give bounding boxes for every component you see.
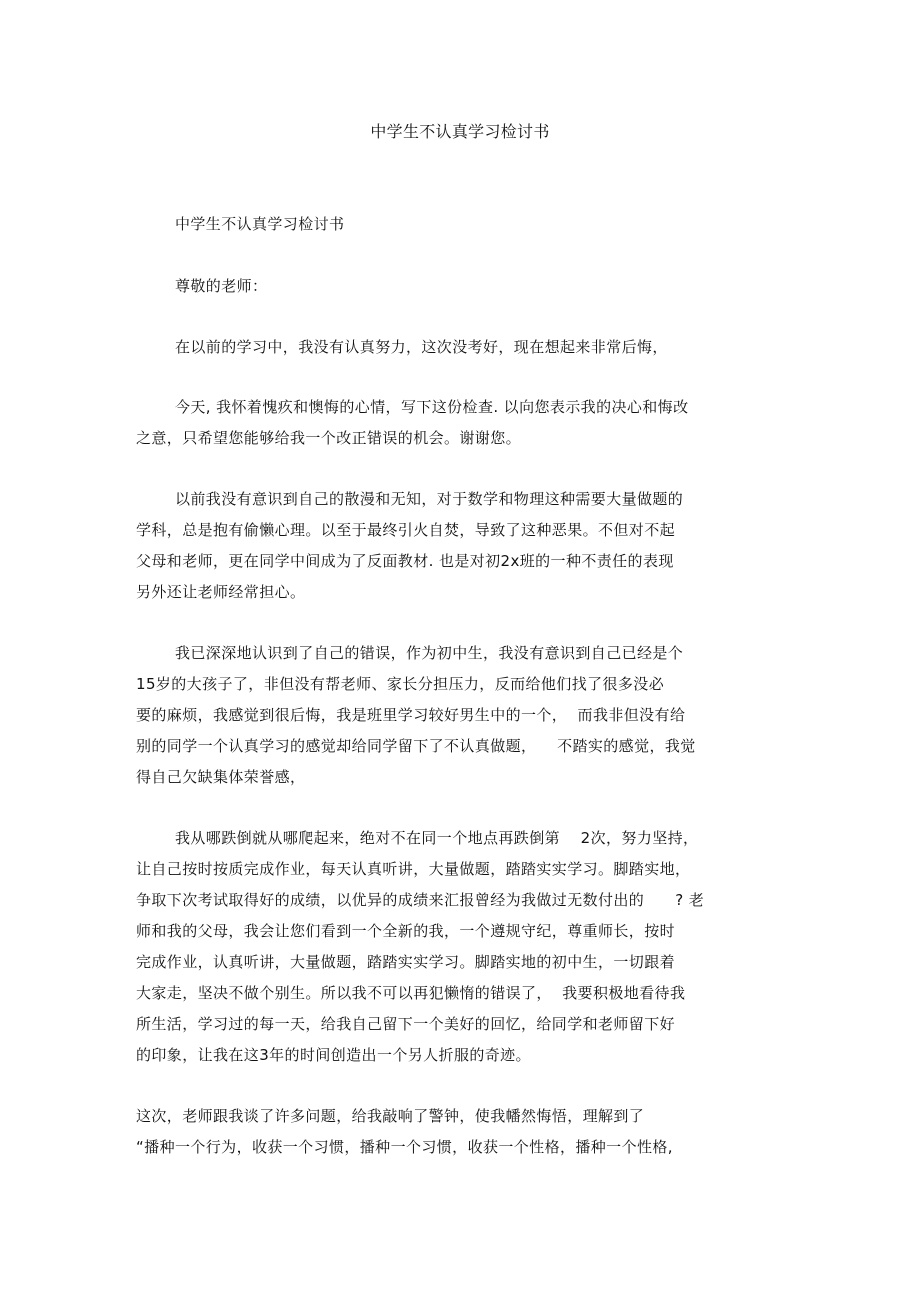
document-page: 中学生不认真学习检讨书 中学生不认真学习检讨书尊敬的老师：在以前的学习中，我没有… [0, 0, 920, 1303]
text-line: 完成作业，认真听讲，大量做题，踏踏实实学习。脚踏实地的初中生，一切跟着 [136, 952, 675, 972]
text-line: 争取下次考试取得好的成绩，以优异的成绩来汇报曾经为我做过无数付出的 ? 老 [136, 890, 704, 910]
text-line: 学科，总是抱有偷懒心理。以至于最终引火自焚，导致了这种恶果。不但对不起 [136, 520, 675, 540]
text-line: 尊敬的老师： [175, 276, 267, 296]
text-line: 以前我没有意识到自己的散漫和无知，对于数学和物理这种需要大量做题的 [175, 489, 683, 509]
text-line: 的印象，让我在这3年的时间创造出一个另人折服的奇迹。 [136, 1045, 531, 1065]
document-title: 中学生不认真学习检讨书 [0, 121, 920, 143]
text-line: 我从哪跌倒就从哪爬起来，绝对不在同一个地点再跌倒第 2次，努力坚持， [175, 828, 698, 848]
text-line: 之意，只希望您能够给我一个改正错误的机会。谢谢您。 [136, 428, 521, 448]
text-line: 得自己欠缺集体荣誉感， [136, 767, 305, 787]
text-line: 别的同学一个认真学习的感觉却给同学留下了不认真做题， 不踏实的感觉，我觉 [136, 736, 696, 756]
text-line: 让自己按时按质完成作业，每天认真听讲，大量做题，踏踏实实学习。脚踏实地， [136, 859, 690, 879]
text-line: 父母和老师，更在同学中间成为了反面教材. 也是对初2x班的一种不责任的表现 [136, 551, 674, 571]
text-line: 所生活，学习过的每一天，给我自己留下一个美好的回忆，给同学和老师留下好 [136, 1014, 675, 1034]
text-line: 另外还让老师经常担心。 [136, 582, 305, 602]
text-line: 这次，老师跟我谈了许多问题，给我敲响了警钟，使我幡然悔悟，理解到了 [136, 1106, 644, 1126]
text-line: 师和我的父母，我会让您们看到一个全新的我，一个遵规守纪，尊重师长，按时 [136, 921, 675, 941]
text-line: 在以前的学习中，我没有认真努力，这次没考好，现在想起来非常后悔， [175, 337, 668, 357]
text-line: “播种一个行为，收获一个习惯，播种一个习惯，收获一个性格，播种一个性格, [136, 1137, 673, 1157]
text-line: 15岁的大孩子了，非但没有帮老师、家长分担压力，反而给他们找了很多没必 [136, 674, 664, 694]
text-line: 要的麻烦，我感觉到很后悔，我是班里学习较好男生中的一个， 而我非但没有给 [136, 705, 685, 725]
text-line: 中学生不认真学习检讨书 [175, 214, 344, 234]
text-line: 我已深深地认识到了自己的错误，作为初中生，我没有意识到自己已经是个 [175, 643, 683, 663]
text-line: 大家走，坚决不做个别生。所以我不可以再犯懒惰的错误了， 我要积极地看待我 [136, 983, 685, 1003]
text-line: 今天, 我怀着愧疚和懊悔的心情，写下这份检查. 以向您表示我的决心和悔改 [175, 397, 688, 417]
